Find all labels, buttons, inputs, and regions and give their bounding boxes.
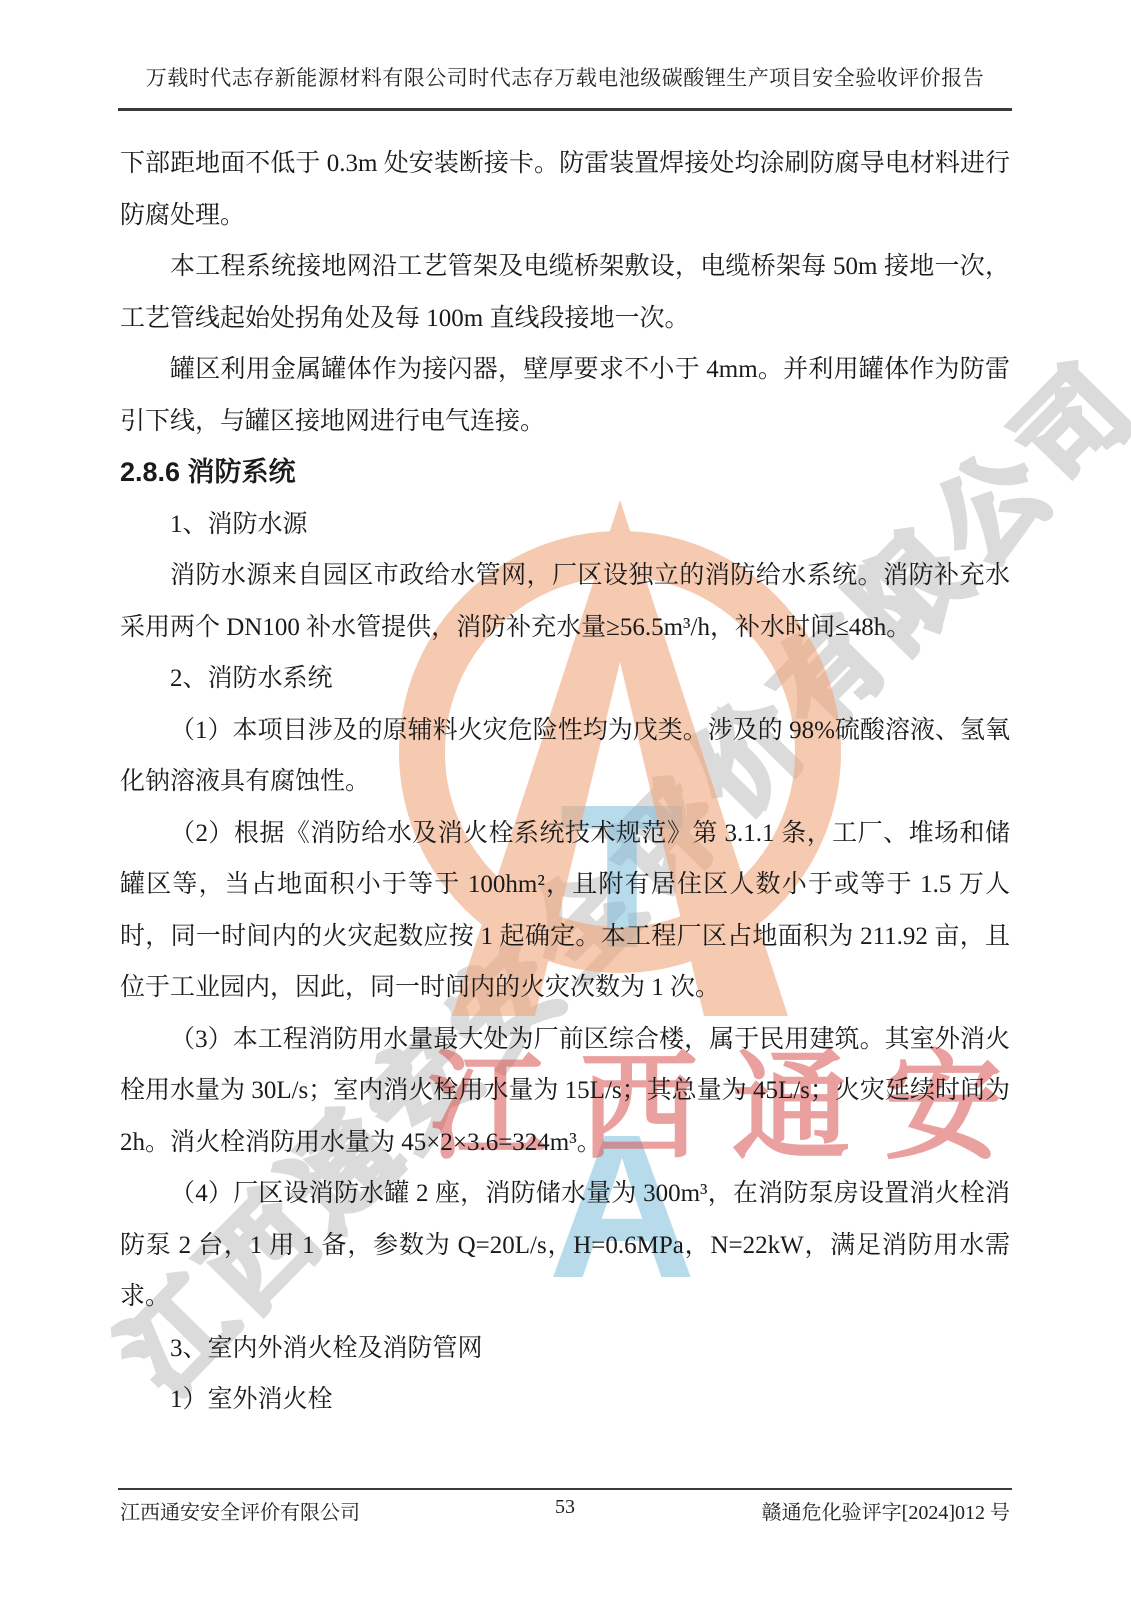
paragraph: （3）本工程消防用水量最大处为厂前区综合楼，属于民用建筑。其室外消火栓用水量为 … (120, 1014, 1010, 1169)
footer-divider (118, 1488, 1012, 1490)
paragraph: 罐区利用金属罐体作为接闪器，壁厚要求不小于 4mm。并利用罐体作为防雷引下线，与… (120, 344, 1010, 447)
header-divider (118, 108, 1012, 111)
paragraph: 消防水源来自园区市政给水管网，厂区设独立的消防给水系统。消防补充水采用两个 DN… (120, 550, 1010, 653)
paragraph: （2）根据《消防给水及消火栓系统技术规范》第 3.1.1 条，工厂、堆场和储罐区… (120, 808, 1010, 1014)
paragraph: 2、消防水系统 (120, 653, 1010, 705)
paragraph: 本工程系统接地网沿工艺管架及电缆桥架敷设，电缆桥架每 50m 接地一次，工艺管线… (120, 241, 1010, 344)
section-heading: 2.8.6 消防系统 (120, 447, 1010, 499)
paragraph: （1）本项目涉及的原辅料火灾危险性均为戊类。涉及的 98%硫酸溶液、氢氧化钠溶液… (120, 705, 1010, 808)
paragraph: （4）厂区设消防水罐 2 座，消防储水量为 300m³，在消防泵房设置消火栓消防… (120, 1168, 1010, 1323)
paragraph: 3、室内外消火栓及消防管网 (120, 1323, 1010, 1375)
document-page: { "header": { "title": "万载时代志存新能源材料有限公司时… (0, 0, 1131, 1600)
paragraph: 1、消防水源 (120, 499, 1010, 551)
paragraph: 1）室外消火栓 (120, 1374, 1010, 1426)
paragraph: 下部距地面不低于 0.3m 处安装断接卡。防雷装置焊接处均涂刷防腐导电材料进行防… (120, 138, 1010, 241)
page-header-title: 万载时代志存新能源材料有限公司时代志存万载电池级碳酸锂生产项目安全验收评价报告 (120, 62, 1010, 92)
document-body: 下部距地面不低于 0.3m 处安装断接卡。防雷装置焊接处均涂刷防腐导电材料进行防… (120, 138, 1010, 1426)
footer-doc-number: 赣通危化验评字[2024]012 号 (762, 1496, 1010, 1525)
